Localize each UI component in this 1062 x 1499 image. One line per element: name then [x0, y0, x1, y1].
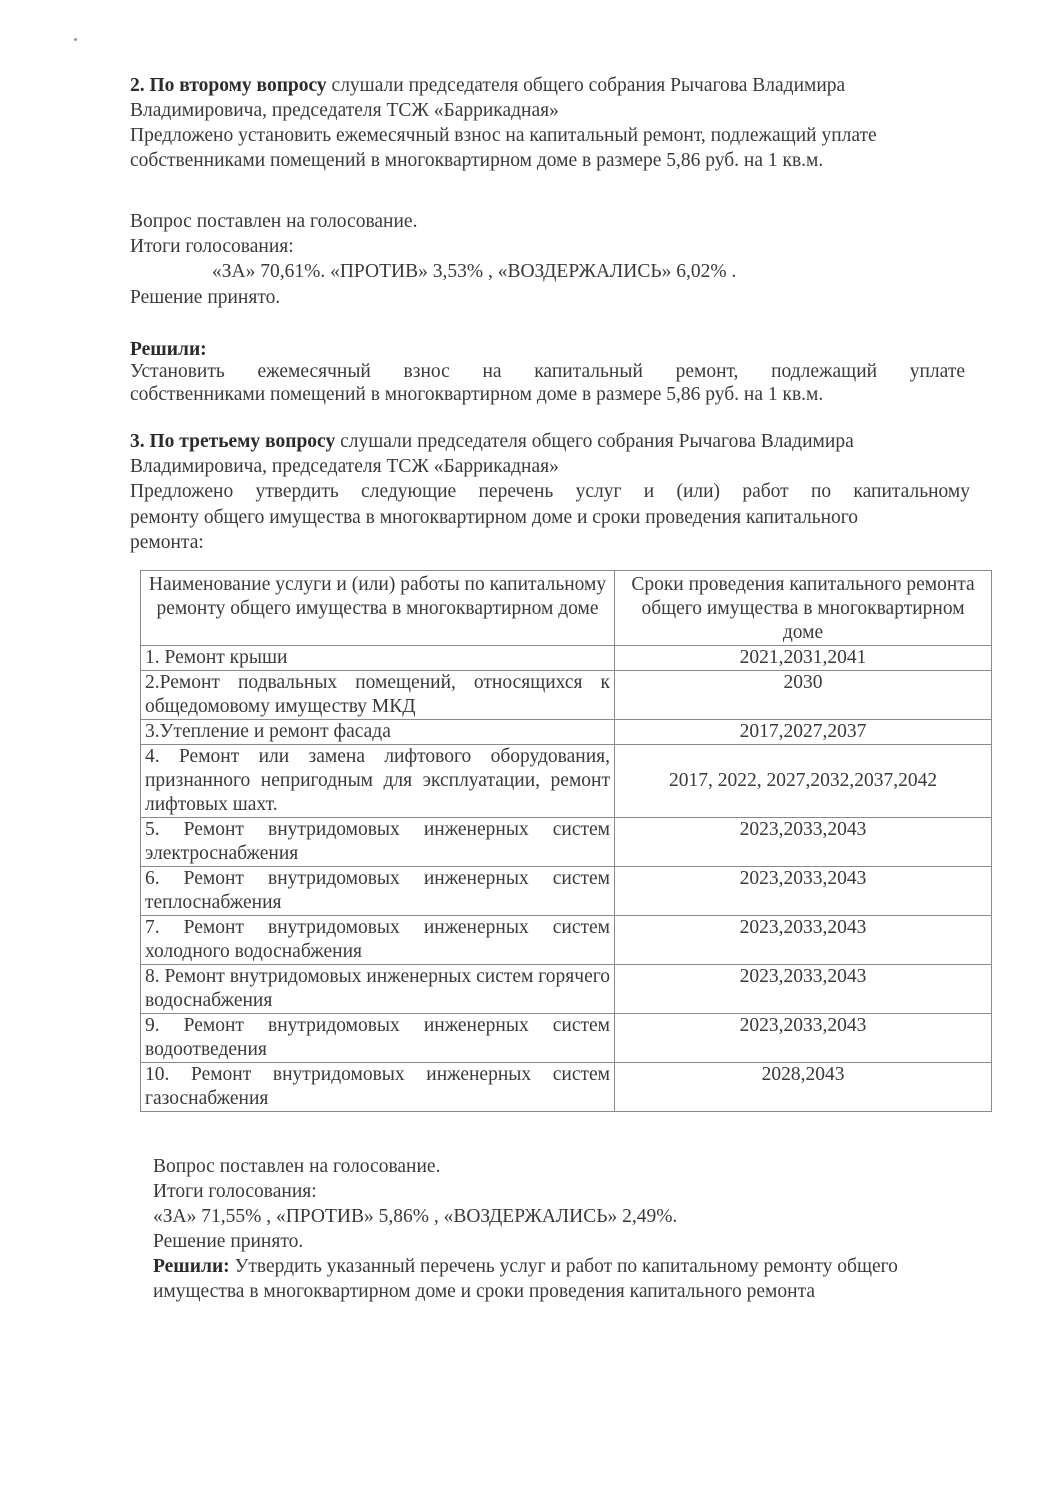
table-row: 10. Ремонт внутридомовых инженерных сист…: [141, 1063, 992, 1112]
table-cell-years: 2023,2033,2043: [615, 1014, 992, 1063]
table-cell-years: 2017, 2022, 2027,2032,2037,2042: [615, 745, 992, 818]
q2-vote-results: «ЗА» 70,61%. «ПРОТИВ» 3,53% , «ВОЗДЕРЖАЛ…: [212, 260, 736, 284]
q3-resolved: Решили: Утвердить указанный перечень усл…: [153, 1255, 898, 1279]
table-cell-work: 2.Ремонт подвальных помещений, относящих…: [141, 671, 615, 720]
table-cell-work: 4. Ремонт или замена лифтового оборудова…: [141, 745, 615, 818]
q2-resolved-label: Решили:: [130, 338, 207, 362]
q3-heading-bold: 3. По третьему вопросу: [130, 431, 335, 452]
q3-resolved-label: Решили:: [153, 1256, 230, 1277]
table-cell-years: 2028,2043: [615, 1063, 992, 1112]
capital-repair-table: Наименование услуги и (или) работы по ка…: [140, 570, 992, 1112]
q3-proposal-line3: ремонта:: [130, 531, 204, 555]
q2-decision-status: Решение принято.: [130, 286, 280, 310]
q3-decision-status: Решение принято.: [153, 1230, 303, 1254]
table-header-years: Сроки проведения капитального ремонта об…: [615, 571, 992, 646]
q3-proposal-line1: Предложено утвердить следующие перечень …: [130, 480, 970, 504]
table-cell-work: 8. Ремонт внутридомовых инженерных систе…: [141, 965, 615, 1014]
table-row: 5. Ремонт внутридомовых инженерных систе…: [141, 818, 992, 867]
table-cell-years: 2030: [615, 671, 992, 720]
q3-heading-rest: слушали председателя общего собрания Рыч…: [335, 431, 854, 452]
q2-heading: 2. По второму вопросу слушали председате…: [130, 74, 962, 98]
q2-vote-put: Вопрос поставлен на голосование.: [130, 210, 417, 234]
table-cell-work: 9. Ремонт внутридомовых инженерных систе…: [141, 1014, 615, 1063]
q2-proposal-line1: Предложено установить ежемесячный взнос …: [130, 124, 877, 148]
q3-heading-line2: Владимировича, председателя ТСЖ «Баррика…: [130, 455, 559, 479]
q2-vote-results-label: Итоги голосования:: [130, 235, 294, 259]
q3-vote-put: Вопрос поставлен на голосование.: [153, 1155, 440, 1179]
table-cell-years: 2023,2033,2043: [615, 916, 992, 965]
q3-proposal-line2: ремонту общего имущества в многоквартирн…: [130, 506, 858, 530]
scan-speck: [74, 38, 77, 41]
table-row: 3.Утепление и ремонт фасада 2017,2027,20…: [141, 720, 992, 745]
table-cell-work: 5. Ремонт внутридомовых инженерных систе…: [141, 818, 615, 867]
q2-resolved-line1: Установить ежемесячный взнос на капиталь…: [130, 360, 965, 384]
document-page: 2. По второму вопросу слушали председате…: [0, 0, 1062, 1499]
q2-heading-bold: 2. По второму вопросу: [130, 75, 327, 96]
q2-heading-rest: слушали председателя общего собрания Рыч…: [327, 75, 846, 96]
table-cell-work: 7. Ремонт внутридомовых инженерных систе…: [141, 916, 615, 965]
q2-heading-line2: Владимировича, председателя ТСЖ «Баррика…: [130, 99, 559, 123]
table-row: 9. Ремонт внутридомовых инженерных систе…: [141, 1014, 992, 1063]
q3-vote-results-label: Итоги голосования:: [153, 1180, 317, 1204]
table-row: 8. Ремонт внутридомовых инженерных систе…: [141, 965, 992, 1014]
q2-resolved-line2: собственниками помещений в многоквартирн…: [130, 383, 823, 407]
table-row: 1. Ремонт крыши 2021,2031,2041: [141, 646, 992, 671]
table-row: 6. Ремонт внутридомовых инженерных систе…: [141, 867, 992, 916]
q2-proposal-line2: собственниками помещений в многоквартирн…: [130, 149, 823, 173]
table-header-row: Наименование услуги и (или) работы по ка…: [141, 571, 992, 646]
table-cell-work: 10. Ремонт внутридомовых инженерных сист…: [141, 1063, 615, 1112]
table-row: 7. Ремонт внутридомовых инженерных систе…: [141, 916, 992, 965]
table-cell-years: 2023,2033,2043: [615, 965, 992, 1014]
q3-resolved-line2: имущества в многоквартирном доме и сроки…: [153, 1280, 815, 1304]
table-cell-years: 2021,2031,2041: [615, 646, 992, 671]
q3-heading: 3. По третьему вопросу слушали председат…: [130, 430, 854, 454]
q3-vote-results: «ЗА» 71,55% , «ПРОТИВ» 5,86% , «ВОЗДЕРЖА…: [153, 1205, 677, 1229]
table-cell-years: 2017,2027,2037: [615, 720, 992, 745]
table-cell-work: 1. Ремонт крыши: [141, 646, 615, 671]
table-header-work: Наименование услуги и (или) работы по ка…: [141, 571, 615, 646]
q3-resolved-rest: Утвердить указанный перечень услуг и раб…: [230, 1256, 898, 1277]
table-cell-work: 3.Утепление и ремонт фасада: [141, 720, 615, 745]
table-cell-years: 2023,2033,2043: [615, 867, 992, 916]
table-row: 2.Ремонт подвальных помещений, относящих…: [141, 671, 992, 720]
table-cell-years: 2023,2033,2043: [615, 818, 992, 867]
table-row: 4. Ремонт или замена лифтового оборудова…: [141, 745, 992, 818]
table-cell-work: 6. Ремонт внутридомовых инженерных систе…: [141, 867, 615, 916]
